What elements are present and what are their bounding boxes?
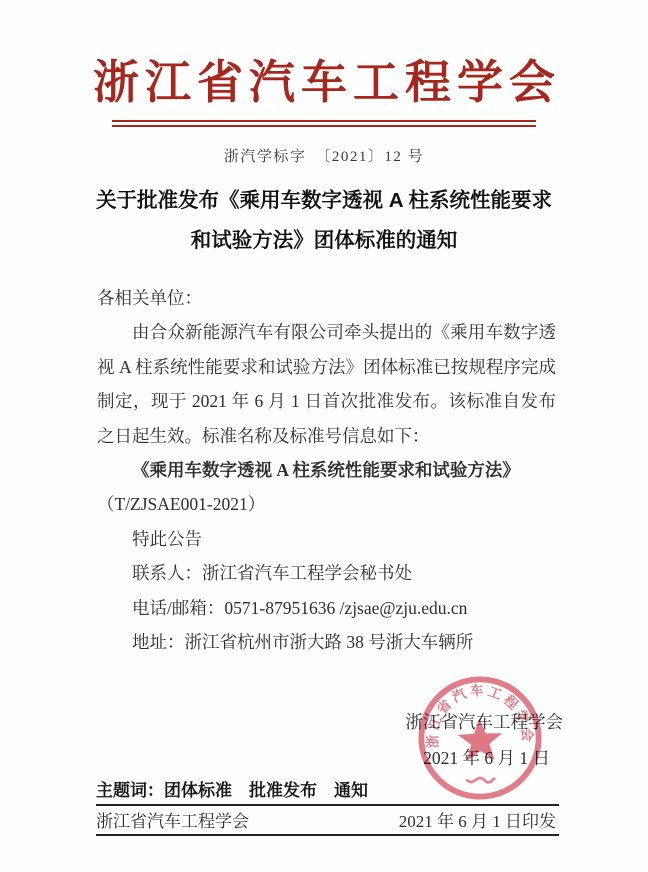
- body-line: 之日起生效。标准名称及标准号信息如下：: [97, 419, 556, 453]
- body-line-contact: 联系人：浙江省汽车工程学会秘书处: [97, 556, 556, 590]
- body-line-announcement: 特此公告: [97, 522, 556, 556]
- signature-org: 浙江省汽车工程学会: [406, 705, 564, 741]
- footer-issuer: 浙江省汽车工程学会: [96, 810, 249, 834]
- masthead-org-title: 浙江省汽车工程学会: [0, 52, 648, 114]
- body-line: 视 A 柱系统性能要求和试验方法》团体标准已按规程序完成: [97, 350, 556, 384]
- body-line: 由合众新能源汽车有限公司牵头提出的《乘用车数字透: [97, 315, 556, 349]
- document-number: 浙汽学标字 〔2021〕12 号: [0, 145, 648, 166]
- subject-keywords: 主题词：团体标准 批准发布 通知: [96, 776, 368, 801]
- notice-title-line1: 关于批准发布《乘用车数字透视 A 柱系统性能要求: [0, 181, 648, 221]
- document-page: 浙江省汽车工程学会 浙汽学标字 〔2021〕12 号 关于批准发布《乘用车数字透…: [0, 0, 648, 872]
- footer-divider-bottom: [96, 834, 559, 836]
- notice-title: 关于批准发布《乘用车数字透视 A 柱系统性能要求 和试验方法》团体标准的通知: [0, 181, 648, 261]
- body-line-salutation: 各相关单位：: [97, 281, 556, 315]
- body-line-address: 地址：浙江省杭州市浙大路 38 号浙大车辆所: [97, 625, 556, 659]
- body-line-phone-email: 电话/邮箱：0571-87951636 /zjsae@zju.edu.cn: [97, 591, 556, 625]
- footer-divider-top: [96, 804, 559, 806]
- footer-row: 浙江省汽车工程学会 2021 年 6 月 1 日印发: [96, 810, 556, 834]
- signature-block: 浙江省汽车工程学会 2021 年 6 月 1 日: [406, 705, 564, 776]
- body-line: 制定，现于 2021 年 6 月 1 日首次批准发布。该标准自发布: [97, 384, 556, 418]
- footer-print-date: 2021 年 6 月 1 日印发: [399, 810, 556, 834]
- body-line-standard-code: （T/ZJSAE001-2021）: [97, 487, 556, 521]
- body-line-standard-name: 《乘用车数字透视 A 柱系统性能要求和试验方法》: [97, 453, 556, 487]
- signature-date: 2021 年 6 月 1 日: [406, 741, 564, 777]
- seal-code-squiggle: [466, 777, 495, 783]
- masthead-double-rule: [112, 120, 536, 127]
- notice-body: 各相关单位： 由合众新能源汽车有限公司牵头提出的《乘用车数字透 视 A 柱系统性…: [97, 281, 556, 659]
- notice-title-line2: 和试验方法》团体标准的通知: [0, 221, 648, 261]
